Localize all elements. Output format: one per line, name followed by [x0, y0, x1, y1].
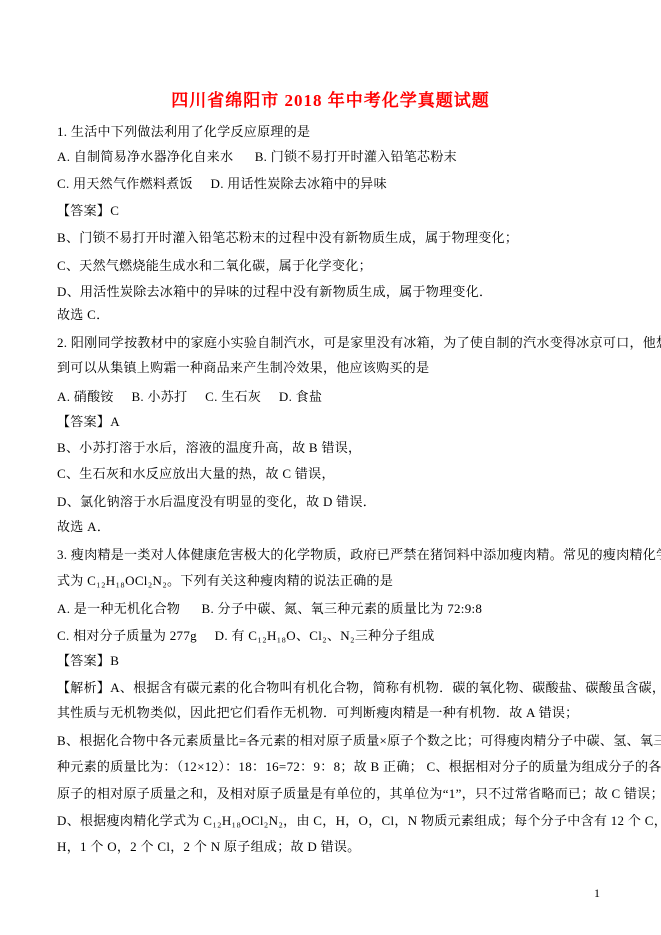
page-title: 四川省绵阳市 2018 年中考化学真题试题	[0, 86, 661, 111]
question-1-options-cd: C. 用天然气作燃料煮饭 D. 用话性炭除去冰箱中的异味	[57, 176, 387, 191]
question-1-answer: 【答案】C	[57, 203, 119, 218]
question-1-analysis-d: D、用活性炭除去冰箱中的异味的过程中没有新物质生成，属于物理变化．	[57, 284, 492, 299]
question-3-analysis-line2: 其性质与无机物类似，因此把它们看作无机物．可判断瘦肉精是一种有机物．故 A 错误…	[57, 705, 578, 720]
question-3-options-ab: A. 是一种无机化合物 B. 分子中碳、氮、氧三种元素的质量比为 72:9:8	[57, 601, 482, 616]
question-1-analysis-c: C、天然气燃烧能生成水和二氧化碳，属于化学变化；	[57, 258, 372, 273]
question-3-analysis-line5: 原子的相对原子质量之和，及相对原子质量是有单位的，其单位为“1”，只不过常省略而…	[57, 786, 661, 801]
question-3-analysis-line4: 种元素的质量比为：（12×12）：18：16=72：9：8；故 B 正确； C、…	[57, 759, 661, 774]
question-2-analysis-c: C、生石灰和水反应放出大量的热，故 C 错误，	[57, 466, 335, 481]
question-3-analysis-line1: 【解析】A、根据含有碳元素的化合物叫有机化合物，简称有机物．碳的氧化物、碳酸盐、…	[57, 680, 661, 695]
question-1-conclusion: 故选 C．	[57, 307, 109, 322]
question-3-options-cd: C. 相对分子质量为 277g D. 有 C₁₂H₁₈O、Cl₂、N₂三种分子组…	[57, 628, 435, 643]
question-2-stem-line1: 2. 阳刚同学按教材中的家庭小实验自制汽水，可是家里没有冰箱，为了使自制的汽水变…	[57, 335, 661, 350]
question-3-stem-line2: 式为 C₁₂H₁₈OCl₂N₂。下列有关这种瘦肉精的说法正确的是	[57, 573, 393, 588]
question-2-conclusion: 故选 A．	[57, 519, 110, 534]
question-1-analysis-b: B、门锁不易打开时灌入铅笔芯粉末的过程中没有新物质生成，属于物理变化；	[57, 230, 518, 245]
question-2-analysis-d: D、氯化钠溶于水后温度没有明显的变化，故 D 错误．	[57, 494, 376, 509]
question-1-options-ab: A. 自制简易净水器净化自来水 B. 门锁不易打开时灌入铅笔芯粉末	[57, 149, 457, 164]
page-number: 1	[594, 886, 600, 901]
question-3-analysis-line3: B、根据化合物中各元素质量比=各元素的相对原子质量×原子个数之比；可得瘦肉精分子…	[57, 733, 661, 748]
question-2-options: A. 硝酸铵 B. 小苏打 C. 生石灰 D. 食盐	[57, 389, 322, 404]
question-3-analysis-line6: D、根据瘦肉精化学式为 C₁₂H₁₈OCl₂N₂，由 C，H，O，Cl，N 物质…	[57, 813, 661, 828]
question-2-answer: 【答案】A	[57, 414, 120, 429]
document-page: 四川省绵阳市 2018 年中考化学真题试题 1. 生活中下列做法利用了化学反应原…	[0, 0, 661, 935]
question-3-answer: 【答案】B	[57, 653, 119, 668]
question-3-stem-line1: 3. 瘦肉精是一类对人体健康危害极大的化学物质，政府已严禁在猪饲料中添加瘦肉精。…	[57, 547, 661, 562]
question-1-stem: 1. 生活中下列做法利用了化学反应原理的是	[57, 124, 310, 139]
question-2-analysis-b: B、小苏打溶于水后，溶液的温度升高，故 B 错误，	[57, 440, 361, 455]
question-2-stem-line2: 到可以从集镇上购霜一种商品来产生制冷效果，他应该购买的是	[57, 360, 429, 375]
question-3-analysis-line7: H，1 个 O，2 个 Cl，2 个 N 原子组成；故 D 错误。	[57, 839, 361, 854]
